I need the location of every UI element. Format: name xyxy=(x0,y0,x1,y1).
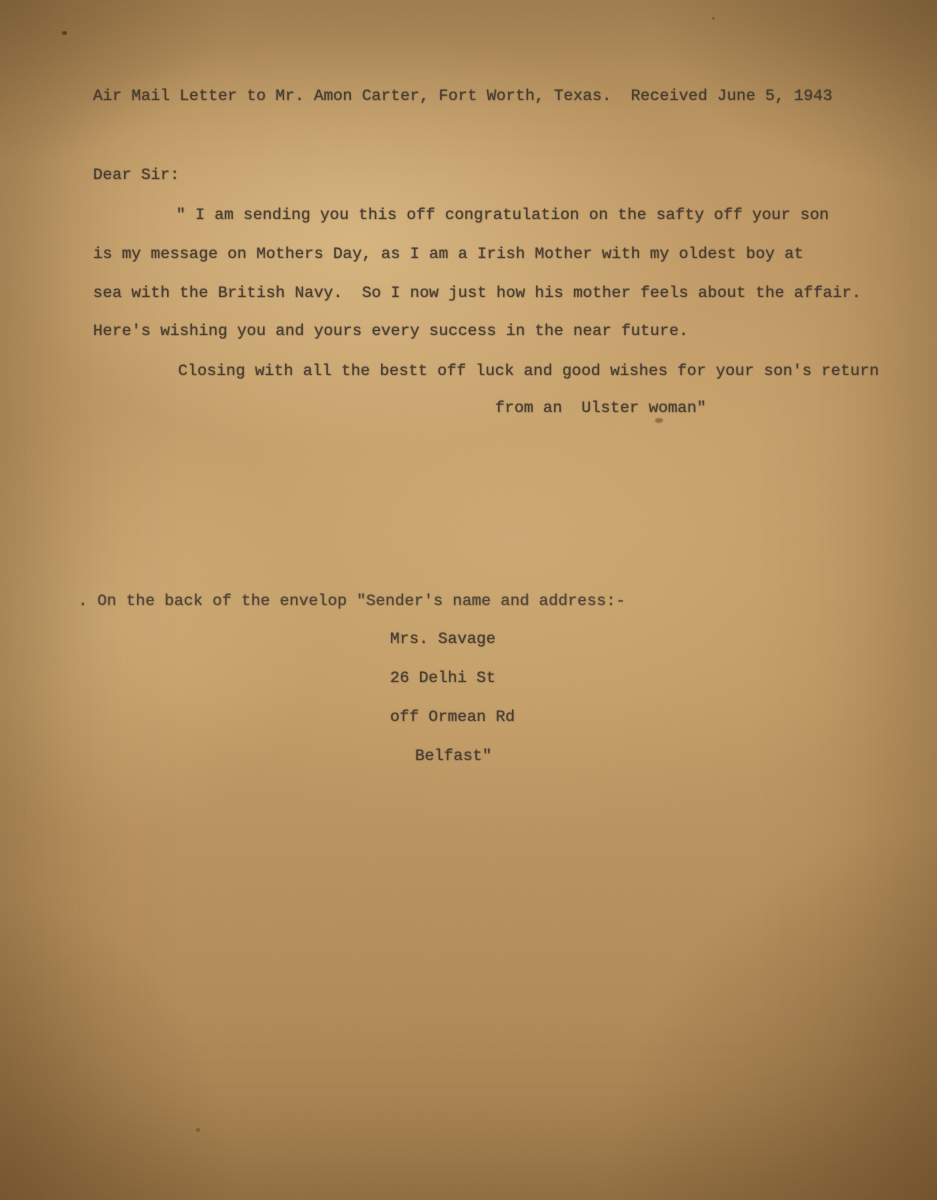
paper-speck xyxy=(62,31,67,35)
sender-city: Belfast" xyxy=(415,746,492,766)
letter-body-line-3: sea with the British Navy. So I now just… xyxy=(93,283,861,303)
letter-body-line-4: Here's wishing you and yours every succe… xyxy=(93,321,688,341)
letter-body-line-2: is my message on Mothers Day, as I am a … xyxy=(93,244,804,264)
ink-smudge xyxy=(655,418,663,423)
sender-address-line-1: 26 Delhi St xyxy=(390,668,496,688)
sender-address-line-2: off Ormean Rd xyxy=(390,707,515,727)
letter-signature-line: from an Ulster woman" xyxy=(495,398,706,418)
letter-body-line-1: " I am sending you this off congratulati… xyxy=(176,205,829,225)
paper-speck xyxy=(712,17,715,20)
envelope-note-line: . On the back of the envelop "Sender's n… xyxy=(78,591,625,611)
letter-closing-line: Closing with all the bestt off luck and … xyxy=(178,361,879,381)
letter-salutation: Dear Sir: xyxy=(93,165,179,185)
paper-speck xyxy=(196,1128,200,1132)
letter-header-line: Air Mail Letter to Mr. Amon Carter, Fort… xyxy=(93,86,832,106)
sender-name: Mrs. Savage xyxy=(390,629,496,649)
letter-scan-page: Air Mail Letter to Mr. Amon Carter, Fort… xyxy=(0,0,937,1200)
